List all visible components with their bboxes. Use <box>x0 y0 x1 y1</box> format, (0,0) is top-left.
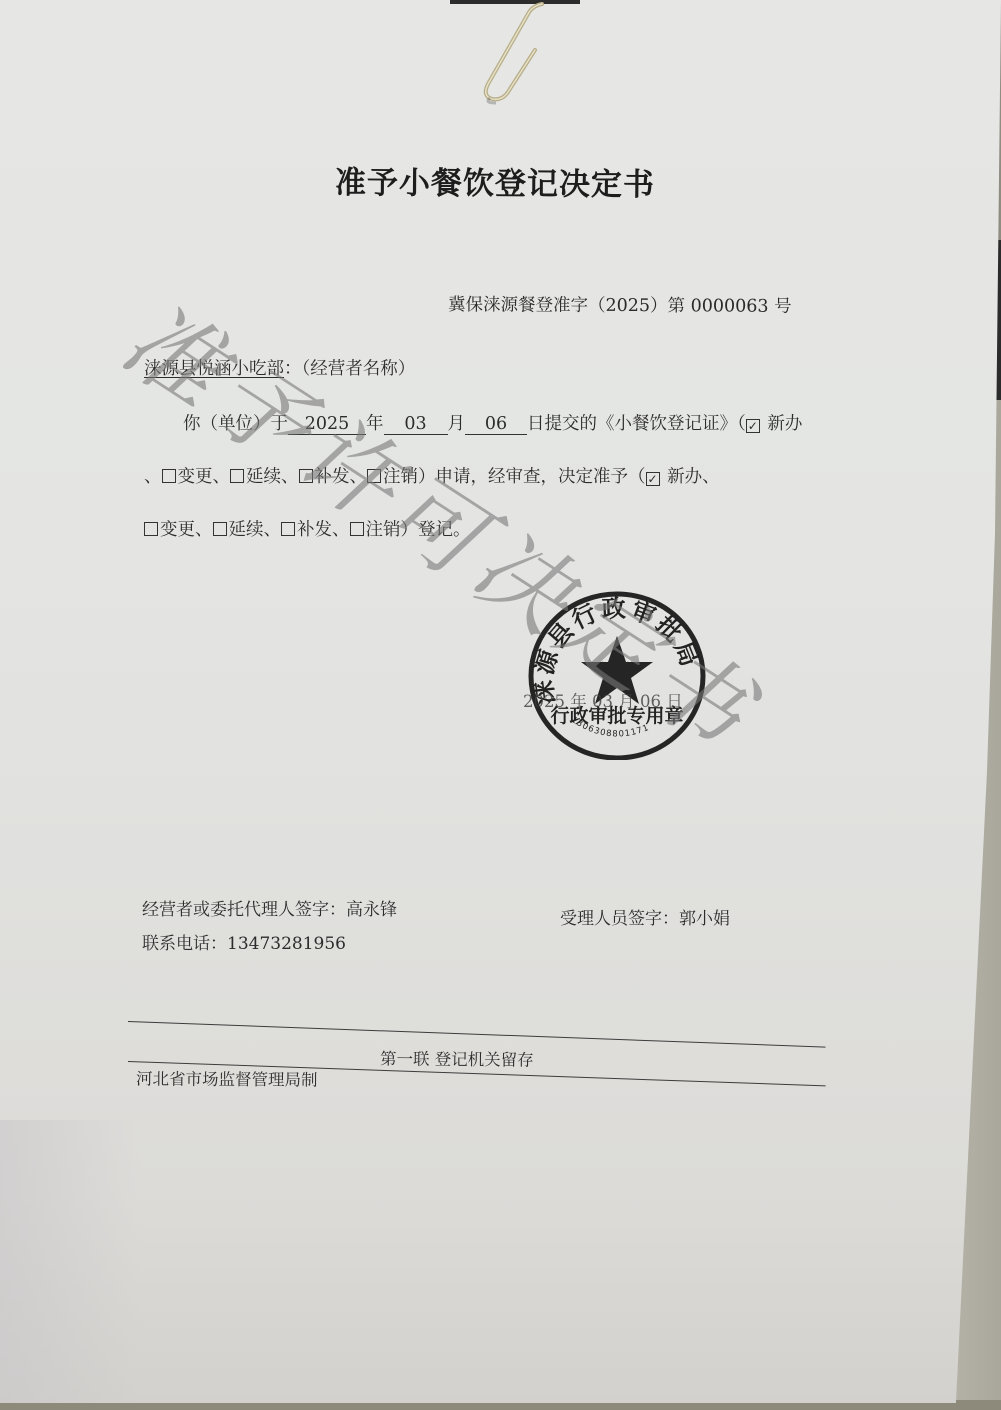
body-prefix: 你（单位）于 <box>183 414 288 434</box>
clerk-signature-value: 郭小娟 <box>679 909 730 929</box>
checkbox-granted-cancel <box>350 522 364 536</box>
document-title: 准予小餐饮登记决定书 <box>0 155 990 207</box>
official-seal-icon: 涞源县行政审批局 （公章） 行政审批专用章 1306308801171 <box>527 590 707 760</box>
checkbox-applied-new: ✓ <box>746 419 760 433</box>
option-label: 补发 <box>297 520 332 540</box>
body-line-2: 、变更、延续、补发、注销）申请，经审查，决定准予（✓ 新办、 <box>144 463 720 488</box>
checkbox-granted-renew <box>213 522 227 536</box>
clerk-signature-line: 受理人员签字：郭小娟 <box>560 904 730 929</box>
phone-label: 联系电话： <box>142 934 227 954</box>
operator-signature-value: 高永锋 <box>346 900 397 920</box>
checkbox-applied-renew <box>230 469 244 483</box>
checkbox-granted-new: ✓ <box>646 472 660 486</box>
month-field: 03 <box>384 414 448 435</box>
year-label: 年 <box>366 414 384 434</box>
year-field: 2025 <box>288 414 366 435</box>
operator-signature-line: 经营者或委托代理人签字：高永锋 <box>142 895 397 920</box>
day-label: 日提交的《小餐饮登记证》（ <box>527 414 746 434</box>
operator-line: 涞源县悦涵小吃部：（经营者名称） <box>144 355 415 380</box>
option-label: 补发 <box>315 467 350 487</box>
clerk-signature-label: 受理人员签字： <box>560 909 679 929</box>
option-label: 注销 <box>383 467 418 487</box>
page-shadow <box>0 1120 140 1403</box>
option-label-applied-new: 新办 <box>767 414 802 434</box>
month-label: 月 <box>448 414 466 434</box>
checkbox-applied-reissue <box>299 469 313 483</box>
option-label: 变更 <box>178 467 213 487</box>
copy-label: 第一联 登记机关留存 <box>380 1045 534 1070</box>
svg-text:（公章）: （公章） <box>591 660 643 676</box>
issuer-label: 河北省市场监督管理局制 <box>136 1065 318 1090</box>
option-label: 变更 <box>160 520 195 540</box>
stamp-date: 2025 年 03 月 06 日 <box>523 688 683 712</box>
day-field: 06 <box>465 414 527 435</box>
body-line-3: 变更、延续、补发、注销）登记。 <box>144 516 471 541</box>
option-label: 延续 <box>246 467 281 487</box>
document-number: 冀保涞源餐登准字（2025）第 0000063 号 <box>448 291 792 318</box>
body-end-text: ）登记。 <box>401 520 471 540</box>
phone-value: 13473281956 <box>227 934 346 954</box>
option-label: 新办 <box>667 467 702 487</box>
paper-clip-icon <box>470 0 560 105</box>
body-middle-text: ）申请，经审查，决定准予（ <box>418 467 646 487</box>
option-label: 注销 <box>366 520 401 540</box>
option-label: 延续 <box>229 520 264 540</box>
operator-signature-label: 经营者或委托代理人签字： <box>142 900 346 920</box>
operator-name: 涞源县悦涵小吃部 <box>144 359 284 379</box>
checkbox-granted-change <box>144 522 158 536</box>
checkbox-granted-reissue <box>281 522 295 536</box>
operator-name-label: ：（经营者名称） <box>284 359 415 379</box>
body-line-1: 你（单位）于2025年03月06日提交的《小餐饮登记证》（✓ 新办 <box>183 410 802 435</box>
document-page <box>0 0 1001 1403</box>
checkbox-applied-change <box>162 469 176 483</box>
phone-line: 联系电话：13473281956 <box>142 929 346 954</box>
checkbox-applied-cancel <box>367 469 381 483</box>
